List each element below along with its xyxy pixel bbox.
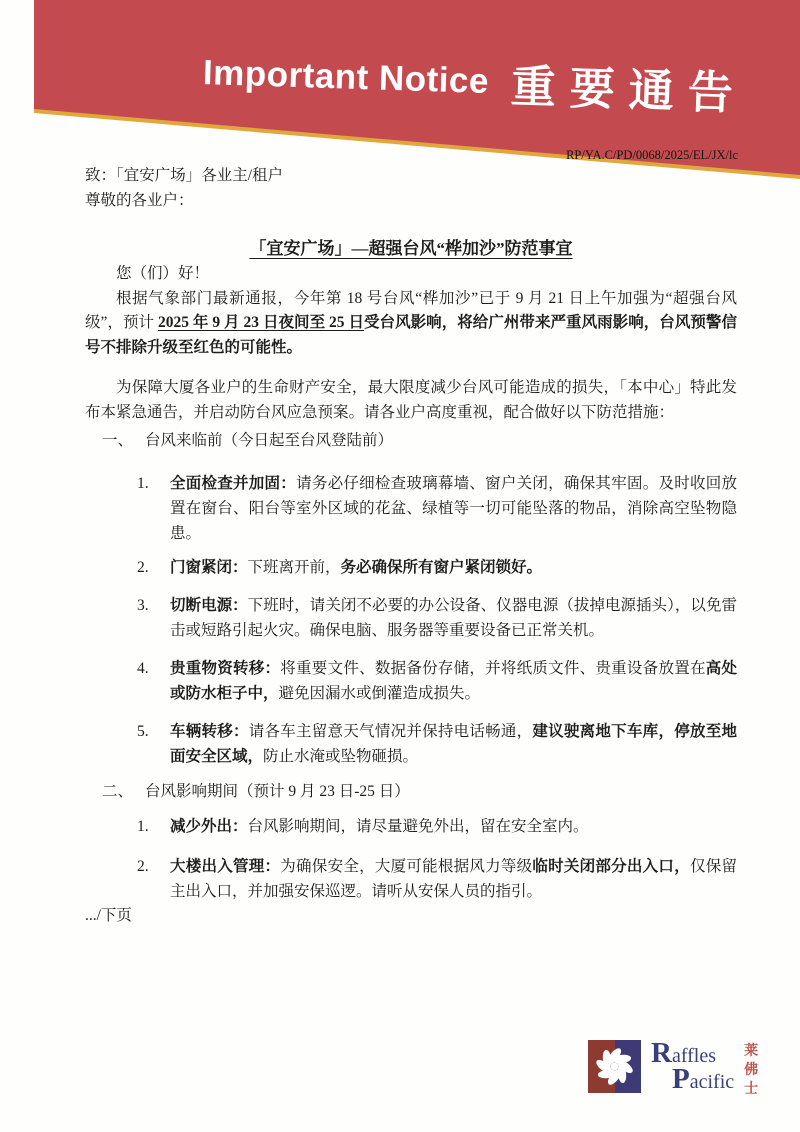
- item-label: 全面检查并加固：: [170, 475, 296, 492]
- para1-date-range: 2025 年 9 月 23 日夜间至 25 日: [158, 314, 364, 331]
- section-title: 台风影响期间（预计 9 月 23 日-25 日）: [145, 783, 410, 800]
- salutation: 尊敬的各业户：: [85, 189, 737, 214]
- brand-line-raffles: Raffles: [651, 1042, 734, 1068]
- recipient-line: 致：「宜安广场」各业主/租户: [85, 164, 737, 189]
- item-label: 车辆转移：: [170, 723, 249, 740]
- document-title: 「宜安广场」—超强台风“桦加沙”防范事宜: [85, 236, 737, 262]
- section-number: 一、: [102, 429, 133, 454]
- greeting: 您（们）好！: [85, 262, 737, 287]
- paragraph-purpose: 为保障大厦各业户的生命财产安全，最大限度减少台风可能造成的损失，「本中心」特此发…: [85, 376, 737, 425]
- brand-line-pacific: Pacific: [651, 1068, 734, 1094]
- section-heading-before-typhoon: 一、台风来临前（今日起至台风登陆前）: [85, 429, 737, 454]
- item-text: 贵重物资转移：将重要文件、数据备份存储，并将纸质文件、贵重设备放置在高处或防水柜…: [170, 656, 737, 706]
- item-text: 门窗紧闭：下班离开前，务必确保所有窗户紧闭锁好。: [170, 555, 737, 580]
- list-item: 1. 减少外出：台风影响期间，请尽量避免外出，留在安全室内。: [85, 814, 737, 839]
- item-number: 1.: [137, 814, 170, 839]
- pinwheel-logo-icon: [588, 1040, 641, 1093]
- item-label: 门窗紧闭：: [170, 559, 248, 576]
- item-text: 全面检查并加固：请务必仔细检查玻璃幕墙、窗户关闭，确保其牢固。及时收回放置在窗台…: [170, 471, 737, 546]
- brand-name-chinese: 莱 佛 士: [744, 1042, 758, 1099]
- item-label: 贵重物资转移：: [170, 660, 280, 677]
- section-heading-during-typhoon: 二、台风影响期间（预计 9 月 23 日-25 日）: [85, 780, 737, 805]
- notice-page: Important Notice 重要通告 RP/YA.C/PD/0068/20…: [0, 0, 800, 1132]
- list-item: 4. 贵重物资转移：将重要文件、数据备份存储，并将纸质文件、贵重设备放置在高处或…: [85, 656, 737, 706]
- paragraph-typhoon-forecast: 根据气象部门最新通报，今年第 18 号台风“桦加沙”已于 9 月 21 日上午加…: [85, 287, 737, 361]
- item-number: 2.: [137, 854, 170, 904]
- item-number: 5.: [137, 719, 170, 769]
- item-number: 3.: [137, 593, 170, 643]
- item-text: 减少外出：台风影响期间，请尽量避免外出，留在安全室内。: [170, 814, 737, 839]
- item-label: 切断电源：: [170, 597, 248, 614]
- brand-name: Raffles Pacific: [651, 1042, 734, 1094]
- company-logo: Raffles Pacific 莱 佛 士: [588, 1040, 758, 1099]
- item-text: 大楼出入管理：为确保安全，大厦可能根据风力等级临时关闭部分出入口，仅保留主出入口…: [170, 854, 737, 904]
- list-item: 5. 车辆转移：请各车主留意天气情况并保持电话畅通，建议驶离地下车库，停放至地面…: [85, 719, 737, 769]
- section-number: 二、: [102, 780, 133, 805]
- item-number: 4.: [137, 656, 170, 706]
- list-item: 1. 全面检查并加固：请务必仔细检查玻璃幕墙、窗户关闭，确保其牢固。及时收回放置…: [85, 471, 737, 546]
- section-title: 台风来临前（今日起至台风登陆前）: [145, 432, 393, 449]
- item-number: 2.: [137, 555, 170, 580]
- item-number: 1.: [137, 471, 170, 546]
- item-label: 大楼出入管理：: [170, 858, 280, 875]
- list-item: 2. 门窗紧闭：下班离开前，务必确保所有窗户紧闭锁好。: [85, 555, 737, 580]
- item-label: 减少外出：: [170, 818, 248, 835]
- list-item: 3. 切断电源：下班时，请关闭不必要的办公设备、仪器电源（拔掉电源插头），以免雷…: [85, 593, 737, 643]
- list-item: 2. 大楼出入管理：为确保安全，大厦可能根据风力等级临时关闭部分出入口，仅保留主…: [85, 854, 737, 904]
- item-text: 切断电源：下班时，请关闭不必要的办公设备、仪器电源（拔掉电源插头），以免雷击或短…: [170, 593, 737, 643]
- letter-body: 致：「宜安广场」各业主/租户 尊敬的各业户： 「宜安广场」—超强台风“桦加沙”防…: [0, 0, 800, 929]
- next-page-marker: .../下页: [85, 904, 737, 929]
- item-text: 车辆转移：请各车主留意天气情况并保持电话畅通，建议驶离地下车库，停放至地面安全区…: [170, 719, 737, 769]
